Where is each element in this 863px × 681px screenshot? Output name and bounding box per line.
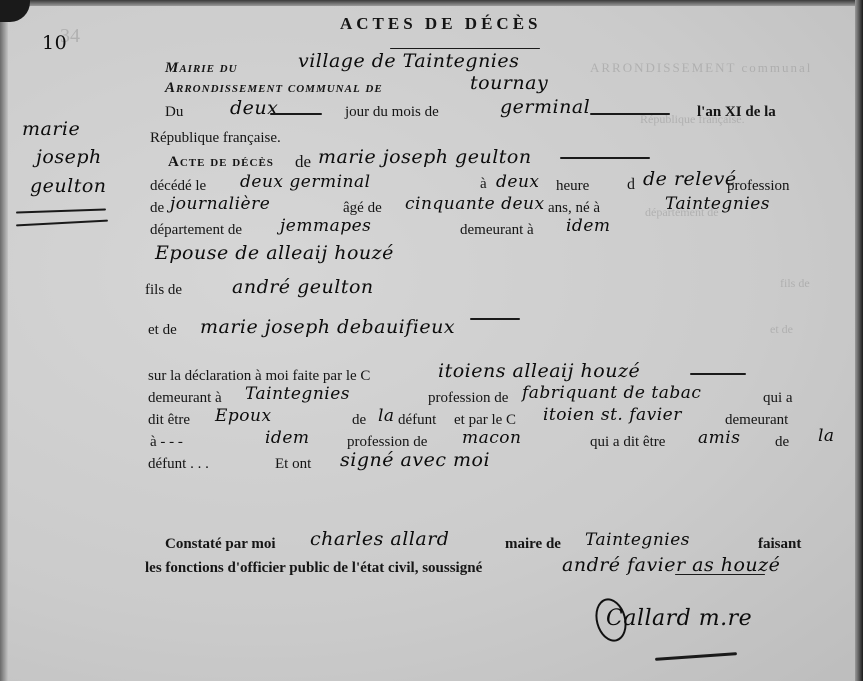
fonctions-label: les fonctions d'officier public de l'éta…	[145, 560, 482, 577]
mairie-value: village de Taintegnies	[298, 50, 519, 72]
overline-stroke	[390, 48, 540, 49]
decede-label: décédé le	[150, 178, 206, 195]
acte-label: Acte de décès	[168, 154, 274, 171]
margin-name-last: geulton	[30, 175, 107, 197]
qui-a-label: qui a	[763, 390, 793, 407]
declarant2-profession: macon	[462, 428, 521, 448]
father-name: andré geulton	[232, 276, 374, 298]
mother-name: marie joseph debauifieux	[200, 316, 455, 338]
underline-stroke	[675, 574, 765, 575]
signatories-value: andré favier as houzé	[562, 554, 780, 576]
a-label: à - - -	[150, 434, 183, 451]
de-label: de	[352, 412, 366, 429]
departement-value: jemmapes	[280, 216, 371, 236]
demeurant-label: demeurant à	[148, 390, 222, 407]
relation1-value: Epoux	[215, 406, 272, 426]
month-value: germinal	[500, 96, 590, 118]
du-label: Du	[165, 104, 183, 121]
ans-label: ans, né à	[548, 200, 600, 217]
declarant2-name: itoien st. favier	[543, 405, 682, 425]
profession-label: profession	[727, 178, 790, 195]
fils-label: fils de	[145, 282, 182, 299]
residence-value: idem	[566, 216, 611, 236]
defunt-label: défunt	[398, 412, 436, 429]
arrondissement-value: tournay	[470, 72, 548, 94]
heure-label: heure	[556, 178, 589, 195]
jour-label: jour du mois de	[345, 104, 439, 121]
fill-stroke	[270, 113, 322, 115]
demeurant2-label: demeurant	[725, 412, 788, 429]
declarant1-name: itoiens alleaij houzé	[438, 360, 640, 382]
fill-stroke	[560, 157, 650, 159]
bleed-through-text: fils de	[780, 276, 810, 291]
deceased-name: marie joseph geulton	[318, 146, 532, 168]
qui-a-dit-label: qui a dit être	[590, 434, 665, 451]
et-de-label: et de	[148, 322, 177, 339]
entry-number: 10	[42, 32, 67, 54]
maire-label: maire de	[505, 536, 561, 553]
d-label: d	[627, 176, 635, 194]
fill-stroke	[690, 373, 746, 375]
death-hour: deux	[496, 172, 539, 192]
declarant2-residence: idem	[265, 428, 310, 448]
a-label: à	[480, 176, 487, 193]
margin-underline	[16, 208, 106, 213]
birthplace: Taintegnies	[665, 194, 770, 214]
margin-underline	[16, 220, 108, 227]
age-label: âgé de	[343, 200, 382, 217]
deceased-age: cinquante deux	[405, 194, 545, 214]
year-label: l'an XI de la	[697, 104, 776, 121]
commune-value: Taintegnies	[585, 530, 690, 550]
de-la-label: de	[775, 434, 789, 451]
document-title: ACTES DE DÉCÈS	[340, 14, 542, 34]
dit-etre-label: dit être	[148, 412, 190, 429]
deceased-profession: journalière	[170, 194, 270, 214]
et-ont-label: Et ont	[275, 456, 311, 473]
signed-value: signé avec moi	[340, 449, 490, 471]
bleed-through-text: ARRONDISSEMENT communal	[590, 60, 812, 76]
defunt2-label: défunt . . .	[148, 456, 209, 473]
spouse-line: Epouse de alleaij houzé	[155, 242, 394, 264]
profession-label: profession de	[428, 390, 508, 407]
page-edge-right	[855, 0, 863, 681]
departement-label: département de	[150, 222, 242, 239]
faisant-label: faisant	[758, 536, 801, 553]
page-edge-left	[0, 0, 8, 681]
la2-value: la	[818, 426, 835, 446]
constate-label: Constaté par moi	[165, 536, 276, 553]
declaration-label: sur la déclaration à moi faite par le C	[148, 368, 370, 385]
fill-stroke	[470, 318, 520, 320]
relation2-value: amis	[698, 428, 740, 448]
de2-label: de	[150, 200, 164, 217]
death-period: de relevé	[643, 168, 737, 190]
fill-stroke	[590, 113, 670, 115]
la-value: la	[378, 406, 395, 426]
margin-name-middle: joseph	[36, 146, 102, 168]
mayor-signature: Callard m.re	[606, 606, 752, 631]
register-page: ARRONDISSEMENT communal République franç…	[0, 0, 863, 681]
bleed-through-text: et de	[770, 322, 793, 337]
et-par-label: et par le C	[454, 412, 516, 429]
de-label: de	[295, 152, 311, 172]
mairie-label: Mairie du	[165, 60, 238, 77]
demeurant-label: demeurant à	[460, 222, 534, 239]
margin-name-first: marie	[22, 118, 80, 140]
arrondissement-label: Arrondissement communal de	[165, 80, 383, 97]
republic-label: République française.	[150, 130, 281, 147]
mayor-name: charles allard	[310, 528, 449, 550]
signature-underline	[655, 652, 737, 661]
death-date: deux germinal	[240, 172, 371, 192]
page-edge-top	[0, 0, 863, 6]
torn-corner	[0, 0, 30, 22]
declarant1-residence: Taintegnies	[245, 384, 350, 404]
declarant1-profession: fabriquant de tabac	[522, 383, 701, 403]
day-value: deux	[230, 97, 278, 119]
